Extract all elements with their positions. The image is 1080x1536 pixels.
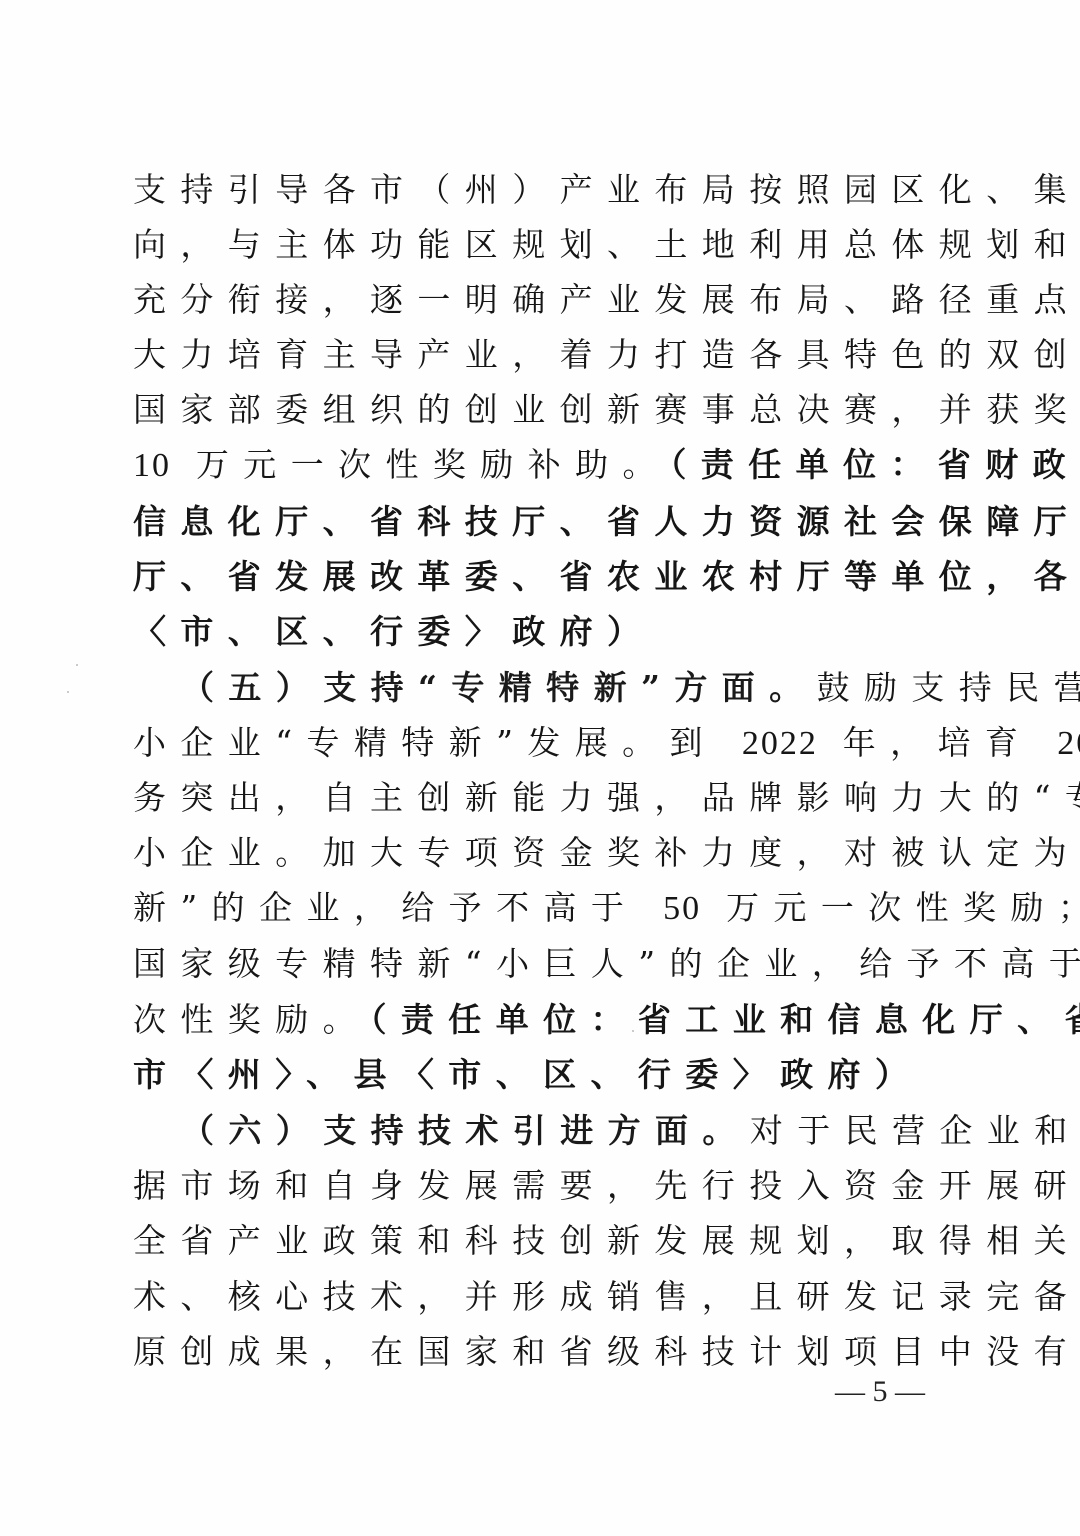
section-heading: （五）支持“专精特新”方面。: [181, 668, 817, 707]
body-text: 国家级专精特新“小巨人”的企业，给予不高于: [133, 944, 1080, 983]
scan-speck: [67, 691, 69, 693]
text-line: 市〈州〉、县〈市、区、行委〉政府）: [133, 1055, 953, 1095]
body-text: 支持引导各市（州）产业布局按照园区化、集聚化发展方: [133, 170, 1080, 209]
body-text: 国家部委组织的创业创新赛事总决赛，并获奖的项目给予: [133, 390, 1080, 429]
text-line: （六）支持技术引进方面。对于民营企业和中小企业根: [181, 1111, 1001, 1151]
text-line: 原创成果，在国家和省级科技计划项目中没有得到经费支持: [133, 1332, 953, 1372]
body-text: 次性奖励。: [133, 1000, 370, 1039]
body-text: 原创成果，在国家和省级科技计划项目中没有得到经费支持: [133, 1332, 1080, 1371]
body-text: 新”的企业，给予不高于: [133, 888, 663, 927]
responsible-units-text: 信息化厅、省科技厅、省人力资源社会保障厅、省自然资源: [133, 502, 1080, 541]
body-text: 200: [1057, 725, 1080, 762]
text-line: 务突出，自主创新能力强，品牌影响力大的“专精特新”中: [133, 778, 953, 818]
text-line: 大力培育主导产业，着力打造各具特色的双创载体。对参加: [133, 335, 953, 375]
body-text: 大力培育主导产业，着力打造各具特色的双创载体。对参加: [133, 335, 1080, 374]
body-text: 全省产业政策和科技创新发展规划，取得相关领域关键技: [133, 1221, 1080, 1260]
text-line: 术、核心技术，并形成销售，且研发记录完备，属于本单位: [133, 1277, 953, 1317]
body-text: 充分衔接，逐一明确产业发展布局、路径重点、政策保障，: [133, 280, 1080, 319]
text-line: 支持引导各市（州）产业布局按照园区化、集聚化发展方: [133, 170, 953, 210]
text-line: 向，与主体功能区规划、土地利用总体规划和城镇总体规划: [133, 225, 953, 265]
text-line: 小企业。加大专项资金奖补力度，对被认定为省级“专精特: [133, 833, 953, 873]
body-text: 年，培育: [818, 723, 1057, 762]
responsible-units-text: （责任单位：省工业和信息化厅、省财政厅，各: [370, 1000, 1080, 1039]
text-line: 10 万元一次性奖励补助。（责任单位：省财政厅、省工业和: [133, 445, 953, 485]
body-text: 务突出，自主创新能力强，品牌影响力大的“专精特新”中: [133, 778, 1080, 817]
body-text: 向，与主体功能区规划、土地利用总体规划和城镇总体规划: [133, 225, 1080, 264]
body-text: 据市场和自身发展需要，先行投入资金开展研发活动，符合: [133, 1166, 1080, 1205]
body-text: 万元一次性奖励补助。: [171, 445, 670, 484]
text-line: 充分衔接，逐一明确产业发展布局、路径重点、政策保障，: [133, 280, 953, 320]
text-line: 〈市、区、行委〉政府）: [133, 612, 953, 652]
text-line: 信息化厅、省科技厅、省人力资源社会保障厅、省自然资源: [133, 502, 953, 542]
responsible-units-text: （责任单位：省财政厅、省工业和: [670, 445, 1080, 484]
responsible-units-text: 市〈州〉、县〈市、区、行委〉政府）: [133, 1055, 922, 1094]
text-line: 新”的企业，给予不高于 50 万元一次性奖励；对被认定为: [133, 888, 953, 928]
page-number: — 5 —: [820, 1372, 940, 1412]
section-heading: （六）支持技术引进方面。: [181, 1111, 750, 1150]
body-text: 对于民营企业和中小企业根: [750, 1111, 1080, 1150]
body-text: 50: [663, 890, 701, 927]
body-text: 万元一次性奖励；对被认定为: [701, 888, 1080, 927]
body-text: 小企业。加大专项资金奖补力度，对被认定为省级“专精特: [133, 833, 1080, 872]
text-line: 次性奖励。（责任单位：省工业和信息化厅、省财政厅，各: [133, 1000, 953, 1040]
scan-speck: [76, 664, 78, 666]
text-line: 全省产业政策和科技创新发展规划，取得相关领域关键技: [133, 1221, 953, 1261]
text-line: 据市场和自身发展需要，先行投入资金开展研发活动，符合: [133, 1166, 953, 1206]
text-line: 国家级专精特新“小巨人”的企业，给予不高于 100 万元一: [133, 944, 953, 984]
body-text: 术、核心技术，并形成销售，且研发记录完备，属于本单位: [133, 1277, 1080, 1316]
text-line: 小企业“专精特新”发展。到 2022 年，培育 200 家主营业: [133, 723, 953, 763]
scan-speck: [632, 1030, 634, 1032]
responsible-units-text: 〈市、区、行委〉政府）: [133, 612, 654, 651]
body-text: 10: [133, 447, 171, 484]
document-page: 支持引导各市（州）产业布局按照园区化、集聚化发展方向，与主体功能区规划、土地利用…: [0, 0, 1080, 1536]
body-text: 小企业“专精特新”发展。到: [133, 723, 742, 762]
text-line: 国家部委组织的创业创新赛事总决赛，并获奖的项目给予: [133, 390, 953, 430]
body-text: 2022: [742, 725, 818, 762]
text-line: 厅、省发展改革委、省农业农村厅等单位，各市〈州〉、县: [133, 557, 953, 597]
text-line: （五）支持“专精特新”方面。鼓励支持民营企业和中: [181, 668, 1001, 708]
body-text: 鼓励支持民营企业和中: [817, 668, 1080, 707]
responsible-units-text: 厅、省发展改革委、省农业农村厅等单位，各市〈州〉、县: [133, 557, 1080, 596]
